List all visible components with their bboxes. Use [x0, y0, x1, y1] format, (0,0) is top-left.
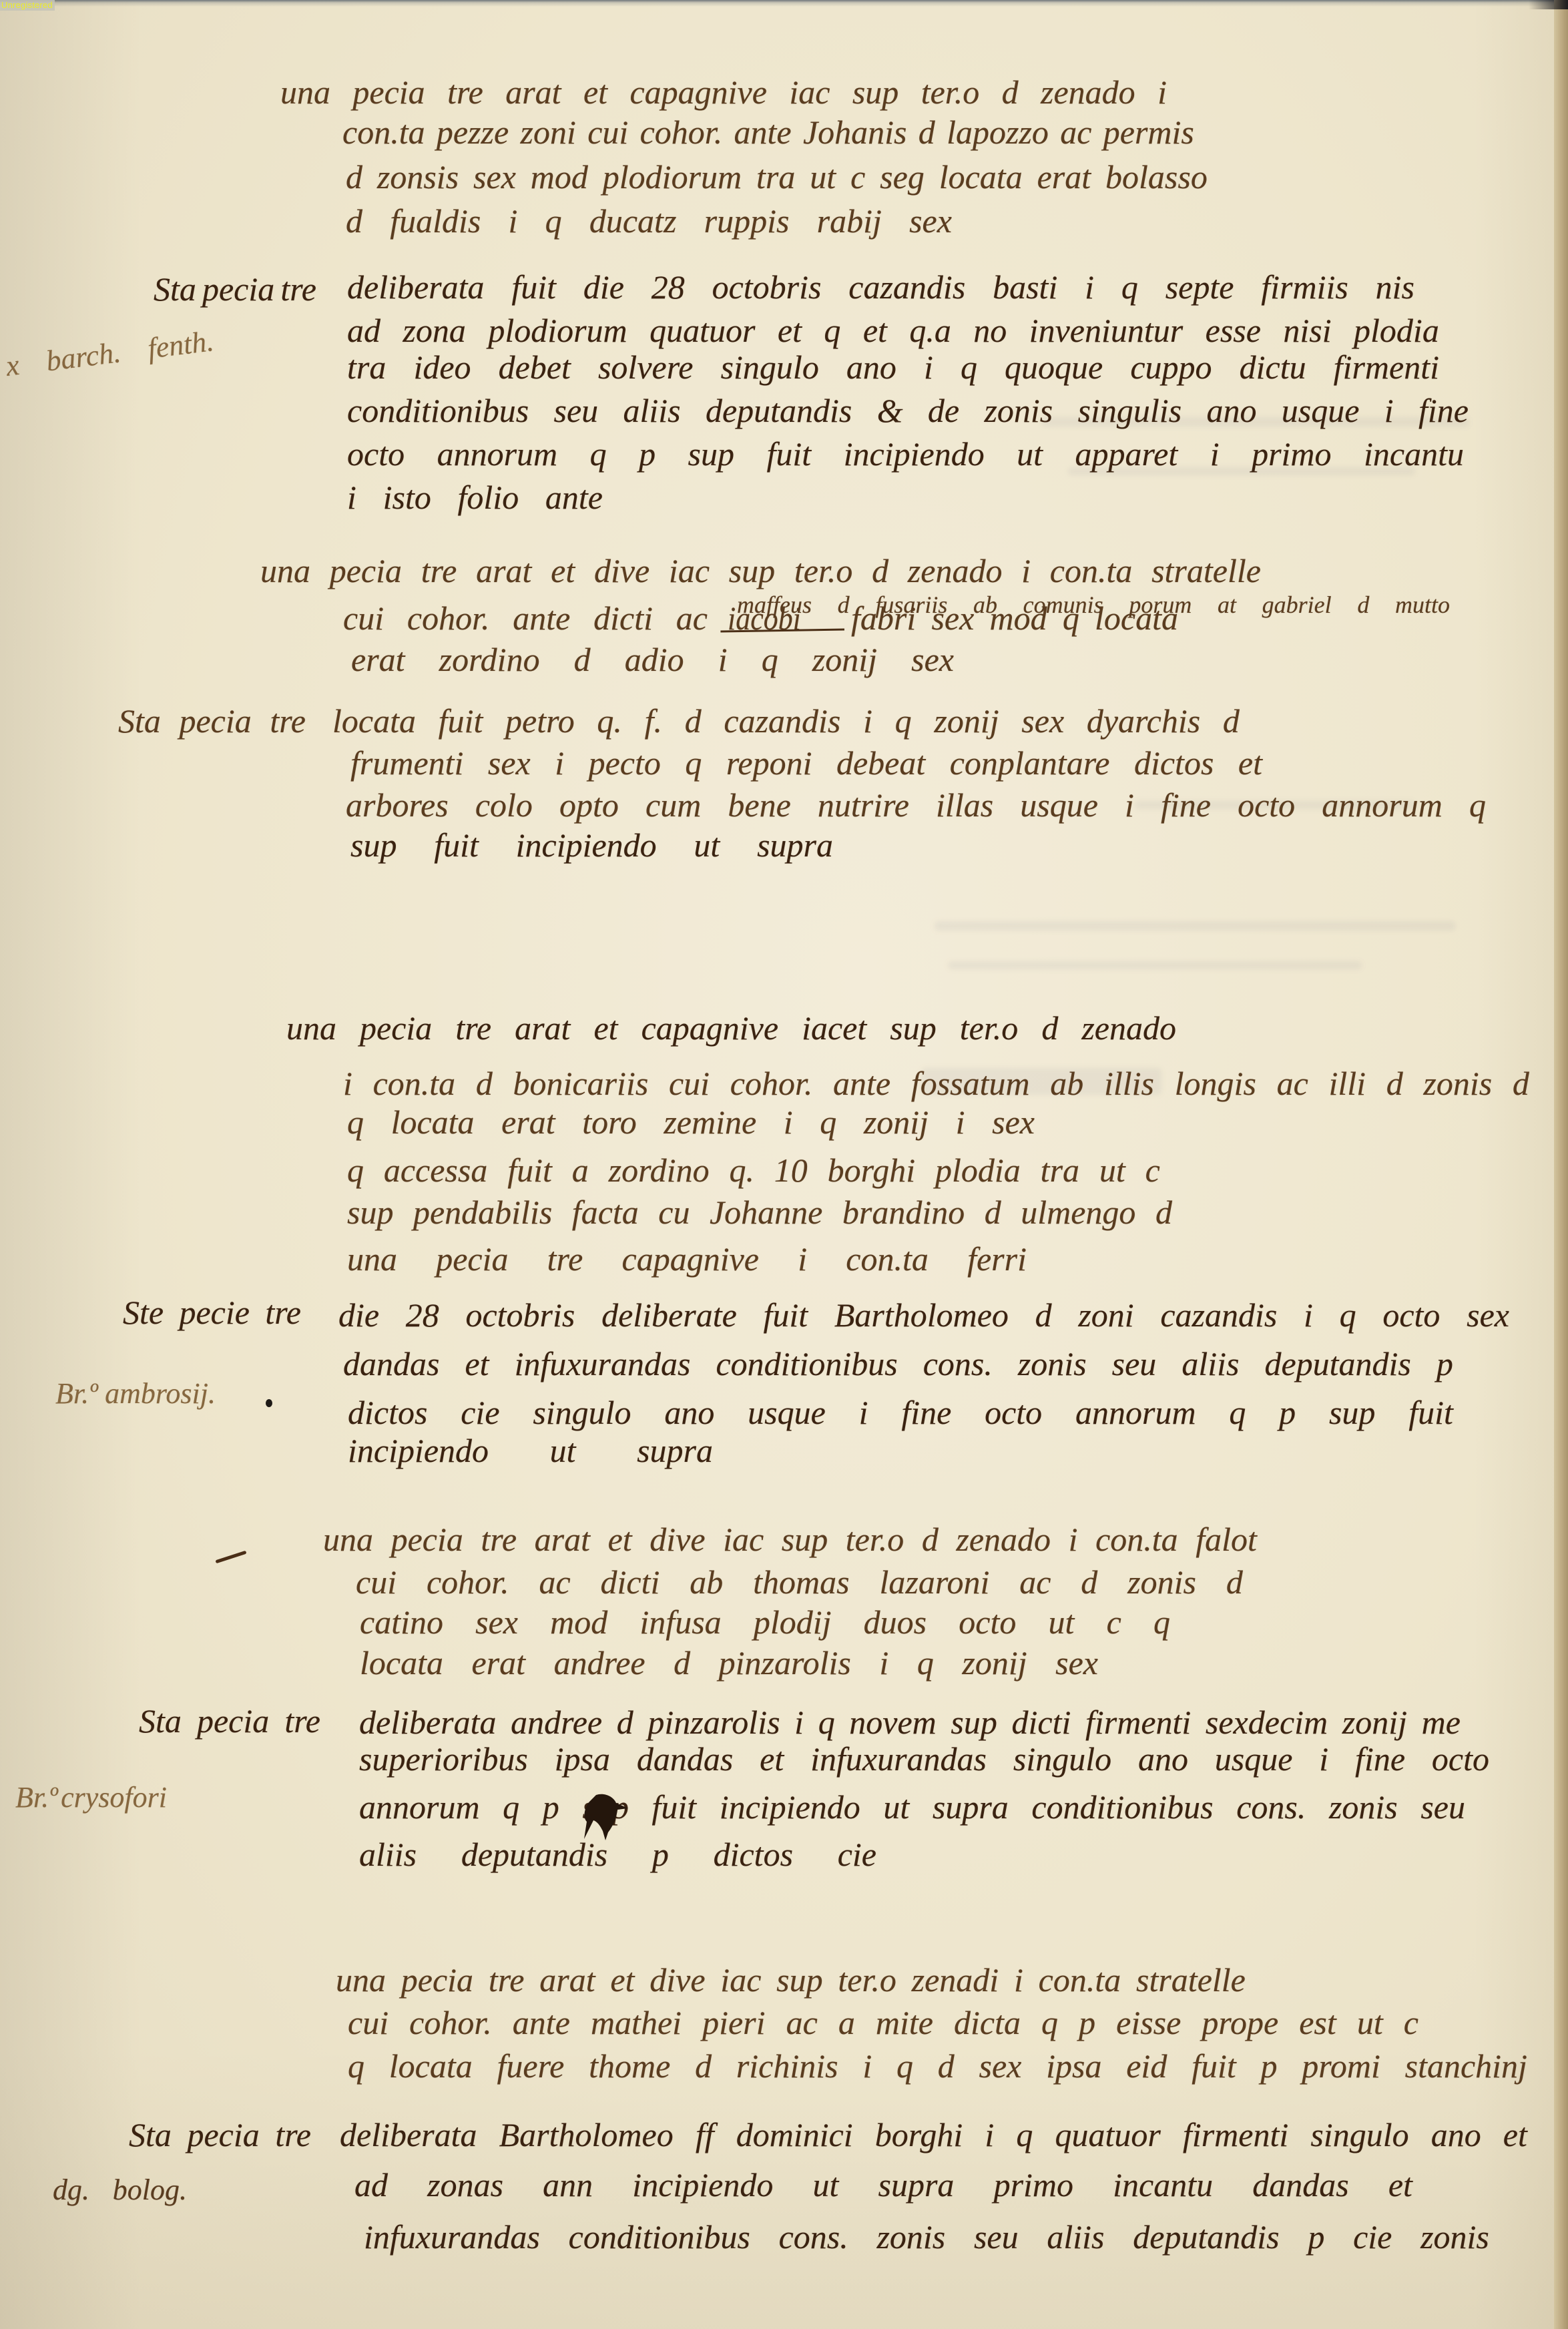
- word: una: [323, 1519, 373, 1559]
- word: tre: [455, 1008, 491, 1048]
- word: ter.o: [794, 551, 853, 591]
- manuscript-line: fabrisexmodqlocata: [851, 598, 1178, 638]
- word: dive: [594, 551, 649, 591]
- word: zonij: [1342, 1702, 1407, 1742]
- word: bolasso: [1105, 157, 1208, 197]
- word: debet: [499, 347, 571, 387]
- word: octo: [347, 434, 405, 474]
- manuscript-line: supfuitincipiendoutsupra: [350, 825, 833, 865]
- word: arat: [515, 1008, 570, 1048]
- word: thome: [589, 2046, 670, 2086]
- manuscript-line: cuicohor.antematheipieriacamitedictaqpei…: [348, 2003, 1418, 2043]
- word: die: [338, 1295, 379, 1335]
- word: incipiendo: [720, 1787, 860, 1827]
- word: dicti: [1011, 1702, 1071, 1742]
- word: stratelle: [1151, 551, 1261, 591]
- word: erat: [472, 1643, 526, 1683]
- word: est: [1299, 2003, 1336, 2043]
- word: adio: [625, 639, 684, 680]
- word: cohor.: [409, 2003, 492, 2043]
- word: et: [1388, 2165, 1412, 2205]
- word: ruppis: [704, 201, 790, 241]
- show-through-ghost: [948, 961, 1362, 969]
- word: pieri: [702, 2003, 765, 2043]
- word: iacet: [802, 1008, 866, 1048]
- word: d: [838, 590, 850, 619]
- word: i: [794, 1702, 804, 1742]
- word: fuit: [439, 701, 483, 741]
- word: i: [1085, 267, 1094, 307]
- word: d: [476, 1063, 493, 1103]
- word: ab: [690, 1562, 723, 1602]
- word: bonicariis: [513, 1063, 649, 1103]
- word: Sta: [139, 1701, 182, 1741]
- word: i: [1069, 1519, 1078, 1559]
- word: una: [260, 551, 310, 591]
- word: deputandis: [706, 391, 852, 431]
- word: tra: [347, 347, 386, 387]
- word: pezze: [437, 112, 509, 152]
- word: octobris: [712, 267, 822, 307]
- word: cons.: [923, 1344, 993, 1384]
- word: folio: [458, 477, 519, 517]
- word: deputandis: [461, 1834, 607, 1874]
- word: catino: [360, 1602, 443, 1642]
- manuscript-line: traideodebetsolveresinguloanoiqquoquecup…: [347, 347, 1439, 387]
- word: fossatum: [911, 1063, 1030, 1103]
- word: pinzarolis: [719, 1643, 851, 1683]
- word: sup: [890, 1008, 936, 1048]
- word: ad: [347, 310, 380, 350]
- word: iac: [669, 551, 710, 591]
- word: novem: [849, 1702, 937, 1742]
- manuscript-line: catinosexmodinfusaplodijduosoctoutcq: [360, 1602, 1170, 1642]
- word: illas: [936, 785, 993, 825]
- word: pecia: [179, 701, 251, 741]
- word: i: [347, 477, 356, 517]
- word: con.ta: [1095, 1519, 1178, 1559]
- word: i: [1319, 1739, 1328, 1779]
- word: cohor.: [407, 598, 490, 638]
- word: supra: [757, 825, 833, 865]
- word: Sta: [129, 2115, 172, 2155]
- word: q: [347, 1102, 364, 1142]
- word: Sta: [118, 701, 161, 741]
- word: stratelle: [1136, 1960, 1246, 2000]
- word: a: [572, 1150, 589, 1190]
- manuscript-line: iistofolioante: [347, 477, 603, 517]
- manuscript-line: dandasetinfuxurandasconditionibuscons.zo…: [343, 1344, 1453, 1384]
- word: octobris: [465, 1295, 575, 1335]
- word: zoni: [521, 112, 576, 152]
- word: cohor.: [640, 112, 723, 152]
- word: prope: [1202, 2003, 1278, 2043]
- word: plodiorum: [488, 310, 627, 350]
- manuscript-line: deliberataBartholomeoffdominiciborghiiqq…: [340, 2115, 1527, 2155]
- word: p: [1436, 1344, 1453, 1384]
- word: i: [1021, 551, 1031, 591]
- word: p: [1279, 1392, 1296, 1433]
- word: i: [863, 701, 872, 741]
- word: pecia: [436, 1239, 508, 1279]
- word: zonsis: [377, 157, 459, 197]
- word: et: [583, 72, 607, 112]
- word: tre: [270, 701, 306, 741]
- word: d: [1223, 701, 1240, 741]
- manuscript-line: qlocataerattorozemineiqzonijisex: [347, 1102, 1035, 1142]
- word: ac: [1060, 112, 1091, 152]
- word: usque: [748, 1392, 826, 1433]
- word: dictu: [1240, 347, 1306, 387]
- word: rabij: [817, 201, 882, 241]
- word: ter.o: [838, 1960, 896, 2000]
- word: plodia: [935, 1150, 1021, 1190]
- manuscript-line: unapeciatrearatetdiveiacsupter.odzenadoi…: [323, 1519, 1257, 1559]
- word: me: [1422, 1702, 1461, 1742]
- margin-heading: Stapeciatre: [118, 701, 306, 741]
- word: p: [1308, 2217, 1324, 2257]
- word: annorum: [1322, 785, 1443, 825]
- word: ut: [1099, 1150, 1125, 1190]
- word: sex: [992, 1102, 1035, 1142]
- word: p: [1261, 2046, 1278, 2086]
- word: erat: [1037, 157, 1091, 197]
- word: arat: [539, 1960, 595, 2000]
- word: basti: [993, 267, 1057, 307]
- word: Ste: [123, 1292, 164, 1332]
- show-through-ghost: [935, 921, 1455, 931]
- word: ac: [786, 2003, 818, 2043]
- word: et: [760, 1739, 784, 1779]
- word: q: [348, 2046, 364, 2086]
- word: dicti: [593, 598, 653, 638]
- word: dive: [649, 1960, 705, 2000]
- word: ano: [846, 347, 896, 387]
- word: eisse: [1116, 2003, 1181, 2043]
- word: octo: [985, 1392, 1042, 1433]
- word: fuit: [1408, 1392, 1453, 1433]
- word: reponi: [726, 743, 812, 783]
- word: cie: [461, 1392, 499, 1433]
- word: iac: [720, 1960, 761, 2000]
- word: d: [1081, 1562, 1097, 1602]
- word: fuit: [763, 1295, 808, 1335]
- word: ter.o: [921, 72, 980, 112]
- word: c: [850, 157, 865, 197]
- manuscript-line: suppendabilisfactacuJohannebrandinodulme…: [347, 1192, 1172, 1232]
- word: sex: [909, 201, 952, 241]
- word: iacobi: [728, 598, 801, 638]
- manuscript-line: qaccessafuitazordinoq.10borghiplodiatrau…: [347, 1150, 1160, 1190]
- word: zenado: [956, 1519, 1051, 1559]
- word: q: [503, 1787, 519, 1827]
- word: locata: [332, 701, 416, 741]
- word: primo: [1252, 434, 1331, 474]
- word: capagnive: [622, 1239, 759, 1279]
- word: d: [695, 2046, 712, 2086]
- margin-note: Br.ºcrysofori: [15, 1780, 167, 1816]
- word: borghi: [875, 2115, 963, 2155]
- word: cu: [658, 1192, 690, 1232]
- word: pendabilis: [413, 1192, 552, 1232]
- word: x: [4, 347, 21, 384]
- manuscript-line: octoannorumqpsupfuitincipiendoutappareti…: [347, 434, 1464, 474]
- word: octo: [959, 1602, 1016, 1642]
- word: i: [555, 743, 564, 783]
- word: incipiendo: [516, 825, 657, 865]
- word: ut: [1357, 2003, 1383, 2043]
- word: i: [718, 639, 728, 680]
- word: nutrire: [818, 785, 909, 825]
- word: debeat: [836, 743, 925, 783]
- word: i: [798, 1239, 807, 1279]
- word: singulo: [1013, 1739, 1111, 1779]
- word: ambrosij.: [105, 1376, 216, 1412]
- word: Br.º: [55, 1376, 98, 1412]
- word: borghi: [828, 1150, 916, 1190]
- word: usque: [1215, 1739, 1293, 1779]
- corner-shadow: [1529, 0, 1568, 9]
- word: ut: [1049, 1602, 1075, 1642]
- word: cazandis: [848, 267, 965, 307]
- word: i: [509, 201, 518, 241]
- word: sup: [852, 72, 898, 112]
- word: sex: [911, 639, 954, 680]
- word: ano: [664, 1392, 714, 1433]
- word: mod: [531, 157, 588, 197]
- word: zonij: [812, 639, 877, 680]
- word: quatuor: [1055, 2115, 1160, 2155]
- word: dictos: [348, 1392, 427, 1433]
- word: 10: [774, 1150, 808, 1190]
- word: Br.º: [15, 1780, 58, 1816]
- word: Bartholomeo: [499, 2115, 674, 2155]
- word: i: [956, 1102, 965, 1142]
- manuscript-line: die28octobrisdeliberatefuitBartholomeodz…: [338, 1295, 1509, 1335]
- word: cazandis: [1160, 1295, 1277, 1335]
- word: singulo: [721, 347, 819, 387]
- word: con.ta: [1039, 1960, 1121, 2000]
- word: inveniuntur: [1029, 310, 1184, 350]
- word: dive: [649, 1519, 705, 1559]
- word: i: [859, 1392, 868, 1433]
- word: sup: [782, 1519, 828, 1559]
- word: zonij: [962, 1643, 1027, 1683]
- word: pecia: [202, 269, 274, 309]
- word: deputandis: [1264, 1344, 1410, 1384]
- word: et: [1238, 743, 1262, 783]
- word: dominici: [736, 2115, 853, 2155]
- word: d: [1226, 1562, 1243, 1602]
- word: zonij: [934, 701, 999, 741]
- word: locata: [1095, 598, 1178, 638]
- word: aliis: [1182, 1344, 1239, 1384]
- word: incantu: [1364, 434, 1464, 474]
- word: plodia: [1354, 310, 1439, 350]
- word: tre: [547, 1239, 583, 1279]
- word: tre: [447, 72, 483, 112]
- word: una: [286, 1008, 336, 1048]
- word: singulis: [1078, 391, 1182, 431]
- word: deputandis: [1133, 2217, 1279, 2257]
- word: tre: [489, 1960, 525, 2000]
- manuscript-line: cuicohor.acdictiabthomaslazaroniacdzonis…: [356, 1562, 1243, 1602]
- word: ut: [694, 825, 720, 865]
- word: dandas: [343, 1344, 439, 1384]
- word: zordino: [609, 1150, 710, 1190]
- word: &: [877, 391, 903, 431]
- manuscript-line: locataeratandreedpinzarolisiqzonijsex: [360, 1643, 1098, 1683]
- word: cons.: [1236, 1787, 1306, 1827]
- word: zonis: [1329, 1787, 1398, 1827]
- manuscript-line: deliberatafuitdie28octobriscazandisbasti…: [347, 267, 1414, 307]
- word: seu: [1112, 1344, 1157, 1384]
- manuscript-line: incipiendoutsupra: [348, 1431, 713, 1471]
- word: opto: [559, 785, 619, 825]
- word: tre: [481, 1519, 517, 1559]
- word: d: [919, 112, 935, 152]
- word: cui: [669, 1063, 710, 1103]
- word: d: [674, 1643, 690, 1683]
- manuscript-line: unapeciatrearatetcapagniveiacsupter.odze…: [280, 72, 1167, 112]
- word: i: [1157, 72, 1167, 112]
- manuscript-line: aliisdeputandispdictoscie: [359, 1834, 876, 1874]
- word: cui: [343, 598, 384, 638]
- word: cui: [587, 112, 628, 152]
- word: fenth.: [146, 323, 216, 367]
- word: gabriel: [1262, 590, 1332, 619]
- word: sexdecim: [1206, 1702, 1328, 1742]
- page-edge-stack: [1554, 0, 1568, 2329]
- word: d: [1041, 1008, 1058, 1048]
- word: mod: [550, 1602, 607, 1642]
- word: q: [545, 201, 562, 241]
- word: c: [1145, 1150, 1160, 1190]
- word: q: [818, 1702, 835, 1742]
- word: longis: [1175, 1063, 1256, 1103]
- word: q: [1016, 2115, 1033, 2155]
- manuscript-line: infuxurandasconditionibuscons.zonisseual…: [364, 2217, 1489, 2257]
- word: superioribus: [359, 1739, 528, 1779]
- word: incantu: [1113, 2165, 1213, 2205]
- word: conditionibus: [569, 2217, 750, 2257]
- word: dicta: [954, 2003, 1021, 2043]
- word: ante: [513, 598, 570, 638]
- word: q: [961, 347, 977, 387]
- word: stanchinj: [1405, 2046, 1527, 2086]
- word: zonis: [984, 391, 1053, 431]
- word: falot: [1196, 1519, 1257, 1559]
- word: zonas: [427, 2165, 503, 2205]
- word: q: [1041, 2003, 1058, 2043]
- word: bene: [728, 785, 790, 825]
- word: con.ta: [846, 1239, 929, 1279]
- word: q: [820, 1102, 836, 1142]
- word: illis: [1104, 1063, 1154, 1103]
- word: q: [762, 639, 778, 680]
- manuscript-line: con.tapezzezonicuicohor.anteJohanisdlapo…: [342, 112, 1194, 152]
- word: c: [1107, 1602, 1121, 1642]
- word: f.: [645, 701, 662, 741]
- word: infuxurandas: [364, 2217, 540, 2257]
- word: dictos: [1134, 743, 1214, 783]
- word: supra: [878, 2165, 955, 2205]
- manuscript-line: unapeciatrearatetdiveiacsupter.ozenadiic…: [336, 1960, 1246, 2000]
- word: q: [895, 701, 912, 741]
- word: petro: [505, 701, 575, 741]
- word: deliberata: [340, 2115, 477, 2155]
- word: locata: [389, 2046, 473, 2086]
- word: mod: [990, 598, 1047, 638]
- word: fuit: [434, 825, 479, 865]
- word: Johanne: [710, 1192, 822, 1232]
- word: lazaroni: [880, 1562, 990, 1602]
- manuscript-line: unapeciatrearatetdiveiacsupter.odzenadoi…: [260, 551, 1261, 591]
- word: ipsa: [1046, 2046, 1101, 2086]
- word: frumenti: [350, 743, 463, 783]
- word: q: [347, 1150, 364, 1190]
- word: pecia: [391, 1519, 463, 1559]
- word: richinis: [736, 2046, 838, 2086]
- word: arat: [505, 72, 561, 112]
- word: aliis: [1047, 2217, 1104, 2257]
- word: ter.o: [846, 1519, 904, 1559]
- word: d: [922, 1519, 939, 1559]
- word: q.: [597, 701, 622, 741]
- word: permis: [1103, 112, 1194, 152]
- manuscript-line: icon.tadbonicariiscuicohor.antefossatuma…: [343, 1063, 1529, 1103]
- word: pecie: [179, 1292, 249, 1332]
- word: sex: [931, 598, 974, 638]
- word: dandas: [1252, 2165, 1348, 2205]
- word: tra: [1041, 1150, 1079, 1190]
- word: zenado: [1081, 1008, 1176, 1048]
- word: fine: [1418, 391, 1469, 431]
- word: iac: [789, 72, 830, 112]
- word: fuit: [511, 267, 556, 307]
- word: i: [1014, 1960, 1023, 2000]
- word: mathei: [591, 2003, 682, 2043]
- word: eid: [1126, 2046, 1167, 2086]
- word: octo: [1238, 785, 1295, 825]
- word: zona: [403, 310, 465, 350]
- word: de: [928, 391, 959, 431]
- word: no: [973, 310, 1007, 350]
- word: i: [862, 2046, 872, 2086]
- word: zemine: [664, 1102, 756, 1142]
- word: die: [583, 267, 624, 307]
- manuscript-line: dfualdisiqducatzruppisrabijsex: [346, 201, 952, 241]
- word: Sta: [154, 269, 196, 309]
- word: pecia: [401, 1960, 473, 2000]
- word: nisi: [1283, 310, 1331, 350]
- manuscript-line: adzonaplodiorumquatuoretqetq.anoinveniun…: [347, 310, 1439, 350]
- word: d: [1357, 590, 1369, 619]
- word: zenado: [908, 551, 1003, 591]
- word: 28: [651, 267, 685, 307]
- word: ac: [1019, 1562, 1051, 1602]
- word: sup: [347, 1192, 393, 1232]
- word: infuxurandas: [810, 1739, 987, 1779]
- word: ff: [696, 2115, 714, 2155]
- word: q: [1153, 1602, 1170, 1642]
- word: Johanis: [803, 112, 907, 152]
- word: ut: [883, 1787, 909, 1827]
- word: cuppo: [1130, 347, 1212, 387]
- word: i: [1125, 785, 1134, 825]
- word: zonis: [1018, 1344, 1087, 1384]
- word: zonis: [876, 2217, 945, 2257]
